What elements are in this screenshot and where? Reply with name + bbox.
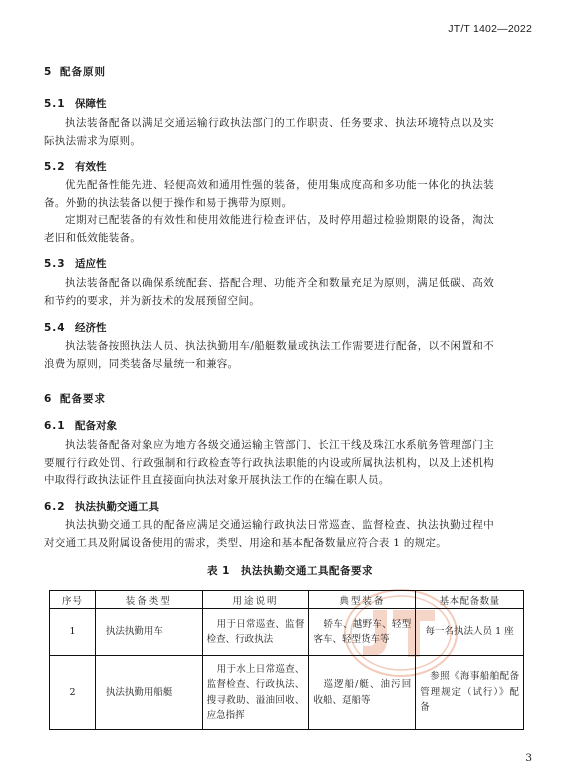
section-6-1-paragraph: 执法装备配备对象应为地方各级交通运输主管部门、长江干线及珠江水系航务管理部门主要… [44, 437, 494, 490]
cell-typical-equipment: 轿车、越野车、轻型客车、轻型货车等 [309, 609, 416, 656]
header-purpose: 用途说明 [202, 591, 309, 609]
section-6-heading: 6配备要求 [44, 391, 106, 406]
section-6-2-paragraph: 执法执勤交通工具的配备应满足交通运输行政执法日常巡查、监督检查、执法执勤过程中对… [44, 517, 494, 552]
cell-purpose: 用于水上日常巡查、监督检查、行政执法、搜寻救助、溢油回收、应急指挥 [202, 656, 309, 730]
header-typical-equipment: 典型装备 [309, 591, 416, 609]
section-5-4-paragraph: 执法装备按照执法人员、执法执勤用车/船艇数量或执法工作需要进行配备，以不闲置和不… [44, 338, 494, 373]
section-5-3-heading: 5.3适应性 [44, 256, 107, 271]
section-5-heading: 5配备原则 [44, 64, 106, 79]
table-row: 1 执法执勤用车 用于日常巡查、监督检查、行政执法 轿车、越野车、轻型客车、轻型… [50, 609, 524, 656]
cell-equipment-type: 执法执勤用船艇 [95, 656, 202, 730]
cell-basic-quantity: 参照《海事船舶配备管理规定（试行）》配备 [416, 656, 524, 730]
table-row: 2 执法执勤用船艇 用于水上日常巡查、监督检查、行政执法、搜寻救助、溢油回收、应… [50, 656, 524, 730]
table-1-caption: 表 1 执法执勤交通工具配备要求 [0, 563, 580, 578]
section-5-1-paragraph: 执法装备配备以满足交通运输行政执法部门的工作职责、任务要求、执法环境特点以及实际… [44, 115, 494, 150]
table-1: 序号 装备类型 用途说明 典型装备 基本配备数量 1 执法执勤用车 用于日常巡查… [49, 590, 524, 730]
page-number: 3 [525, 752, 532, 764]
cell-equipment-type: 执法执勤用车 [95, 609, 202, 656]
header-basic-quantity: 基本配备数量 [416, 591, 524, 609]
cell-seq: 2 [50, 656, 96, 730]
section-5-1-heading: 5.1保障性 [44, 96, 107, 111]
header-equipment-type: 装备类型 [95, 591, 202, 609]
section-5-2-paragraph-2: 定期对已配装备的有效性和使用效能进行检查评估，及时停用超过检验期限的设备，淘汰老… [44, 212, 494, 247]
cell-basic-quantity: 每一名执法人员 1 座 [416, 609, 524, 656]
standard-code: JT/T 1402—2022 [448, 23, 532, 35]
table-header-row: 序号 装备类型 用途说明 典型装备 基本配备数量 [50, 591, 524, 609]
cell-seq: 1 [50, 609, 96, 656]
section-5-2-paragraph-1: 优先配备性能先进、轻便高效和通用性强的装备，使用集成度高和多功能一体化的执法装备… [44, 177, 494, 212]
section-6-2-heading: 6.2执法执勤交通工具 [44, 499, 159, 514]
section-5-4-heading: 5.4经济性 [44, 320, 107, 335]
cell-typical-equipment: 巡逻船/艇、油污回收船、趸船等 [309, 656, 416, 730]
cell-purpose: 用于日常巡查、监督检查、行政执法 [202, 609, 309, 656]
section-5-3-paragraph: 执法装备配备以确保系统配套、搭配合理、功能齐全和数量充足为原则，满足低碳、高效和… [44, 275, 494, 310]
section-6-1-heading: 6.1配备对象 [44, 418, 117, 433]
section-5-2-heading: 5.2有效性 [44, 159, 107, 174]
header-seq: 序号 [50, 591, 96, 609]
